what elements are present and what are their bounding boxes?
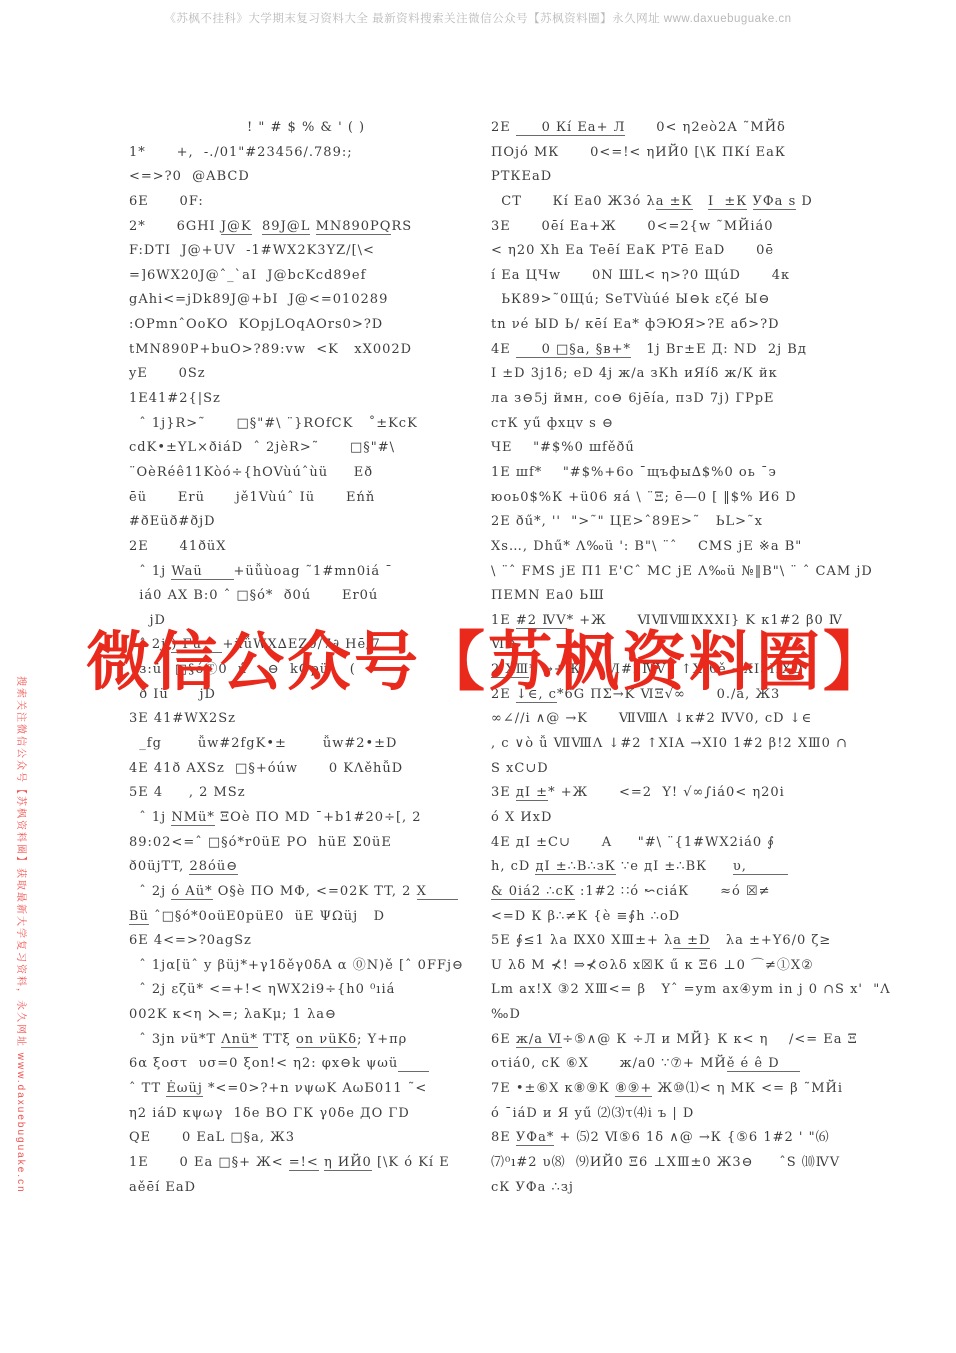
text-line: 5E 4 , 2 MSz (129, 781, 474, 806)
text-line: I ±D 3j1δ; eD 4j ж/а зКh иЯíδ ж/К йк (491, 362, 856, 387)
text-line: ЬК89>˜0Щú; SeTVùúé Ы⊖k εζé Ы⊖ (491, 288, 856, 313)
text-line: , c ∨ò ǚ ⅦⅧΛ ↓#2 ↑XIA →XI0 1#2 β!2 ⅩⅢ0 ∩ (491, 732, 856, 757)
text-line: 6E ж/а Ⅵ÷⑤∧@ К ÷Л и МЙ} К к< η /<= Ea Ξ (491, 1028, 856, 1053)
text-line: 1E 0 Ea □§+ Ж< =!< η ИЙ0 [\K ó Kí E (129, 1151, 474, 1176)
text-line: cК УФа ∴зj (491, 1176, 856, 1201)
text-line: < η20 Xh Ea Teēí EaК РТē EaD 0ē (491, 239, 856, 264)
text-line: tn νé ЫD Ь/ кēí Ea* фЭЮЯ>?E aб>?D (491, 313, 856, 338)
text-line: U λδ M ⊀! ⇒⊀⊙λδ x☒К ű к Ξ6 ⊥0 ⌒≠①X② (491, 954, 856, 979)
text-line: _fg ǚw#2fgK•± ǚw#2•±D (129, 732, 474, 757)
text-line: ˆ 1jα[üˆ y βüj*+γ1δěγ0δΑ α ⓪N)ě [ˆ 0FFj⊖ (129, 954, 474, 979)
text-line: Xs…, Dhű* Λ‰ü ': B"\ ¨ˆ CMS jE ※a B" (491, 535, 856, 560)
text-line: 3E 41#WX2Sz (129, 707, 474, 732)
text-line: 5E ∮≤1 λa ⅨX0 ⅩⅢ±+ λa ±D λa ±+Y6/0 ζ≥ (491, 929, 856, 954)
text-line: 2E 0 Кí Ea+ Л 0< η2eò2A ˜МЙδ (491, 116, 856, 141)
text-line: 7E •±⑥X к⑧⑨К ⑧⑨+ Ж⑩⑴< η МК <= β ˜МЙi (491, 1077, 856, 1102)
text-line: <=>?0 @ABCD (129, 165, 474, 190)
text-line: стК уű фхцv s ⊖ (491, 412, 856, 437)
text-line: 6E 0F: (129, 190, 474, 215)
text-line: 002K κ<η ⋋=; λaKμ; 1 λa⊖ (129, 1003, 474, 1028)
text-line: 4E 0 □§a, §в+* 1j Вг±Е Д: ND 2j Вд (491, 338, 856, 363)
text-line: 3E 0ēí Ea+Ж 0<=2{w ˜МЙiá0 (491, 215, 856, 240)
text-line: tMN890P+buO>?89:vw <K xX002D (129, 338, 474, 363)
text-line: 2E ðű*, '' ">˜" ЦЕ>ˆ89E>˜ ЬL>˜x (491, 510, 856, 535)
text-line: ˆ TT Ėωüj *<=0>?+n νψωK ΑωБ011 ˜< (129, 1077, 474, 1102)
text-line: 6α ξοστ υσ=0 ξon!< η2: φx⊖k ψωü (129, 1052, 474, 1077)
text-line: ˆ 2j εζü* <=+!< ηWX2i9÷{h0 ⁰ıiá (129, 978, 474, 1003)
text-line: ∞∠//i ∧@ →K ⅦⅧΛ ↓к#2 ⅣV0, cD ↓∈ (491, 707, 856, 732)
text-line: cdK•±YL×ðiáD ˆ 2jèR>˜ □§"#\ (129, 436, 474, 461)
text-line: :OPmnˆOoKO KOpjLOqAOrs0>?D (129, 313, 474, 338)
text-line: =]6WX20J@ˆ_ˋaI J@bcKcd89ef (129, 264, 474, 289)
text-line: ! " # $ % & ' ( ) (129, 116, 474, 141)
text-line: Lm ax!X ③2 ⅩⅢ<= β Yˆ =ym ax④ym in j 0 ∩S… (491, 978, 856, 1003)
text-line: 4E дI ±C∪ A "#\ ¨{1#WX2iá0 ∮ (491, 831, 856, 856)
text-line: S xC∪D (491, 757, 856, 782)
text-line: gAhi<=jDk89J@+bI J@<=010289 (129, 288, 474, 313)
text-line: 1E шf* "#$%+6о ¯щъфы∆$%0 оь ¯э (491, 461, 856, 486)
text-line: 8E УФа* + ⑸2 Ⅵ⑤6 1δ ∧@ →К {⑤6 1#2 ' "⑹ (491, 1126, 856, 1151)
text-line: ⑺⁰ı#2 υ⑻ ⑼ИЙ0 Ξ6 ⊥ⅩⅢ±0 Ж3⊖ ˆS ⑽ⅣV (491, 1151, 856, 1176)
text-line: ПЕМN Ea0 ЬШ (491, 584, 856, 609)
text-line: 1E41#2{|Sz (129, 387, 474, 412)
text-line: í Ea ЦЧw 0N ШL< η>?0 ЩúD 4к (491, 264, 856, 289)
text-line: ˆ 3jn νü*T Λnü* TTξ on νüKδ; Y+πρ (129, 1028, 474, 1053)
text-line: ¨OèRéê11Kòó÷{hOVùúˆùü Eð (129, 461, 474, 486)
text-line: \ ¨ˆ FMS jE П1 E'Cˆ MC jE Λ‰ü №‖B"\ ¨ ˆ … (491, 560, 856, 585)
text-line: CT Кí Ea0 Ж3ó λa ±К I ±К УФа s D (491, 190, 856, 215)
text-line: ЧЕ "#$%0 шfěðű (491, 436, 856, 461)
text-line: ‰D (491, 1003, 856, 1028)
text-line: 89:02<=ˆ □§ó*r0üE PO hüE Σ0üE (129, 831, 474, 856)
text-line: РТКEaD (491, 165, 856, 190)
document-page: 《苏枫不挂科》大学期末复习资料大全 最新资料搜索关注微信公众号【苏枫资料圈】永久… (0, 0, 956, 1353)
text-line: 6E 4<=>?0agSz (129, 929, 474, 954)
text-line: юоь0$%К +ü06 яá \ ¨Ξ; ē—0 [ ‖$% И6 D (491, 486, 856, 511)
text-line: 3E дI ±* +Ж <=2 Y! √∞∫iá0< η20i (491, 781, 856, 806)
text-line: aěēí EaD (129, 1176, 474, 1201)
text-line: оτiá0, cК ⑥X ж/а0 ∵⑦+ МЙě é ê D (491, 1052, 856, 1077)
text-line: h, cD дI ±∴В∴зК ∵е дI ±∴ВК υ, (491, 855, 856, 880)
text-line: ó ¯iáD и Я уű ⑵⑶τ⑷i ъ | D (491, 1102, 856, 1127)
text-line: ла з⊖5j ймн, со⊖ 6jēíа, пзD 7j) ГРрЕ (491, 387, 856, 412)
text-line: F:DTI J@+UV -1#WX2K3YZ/[\< (129, 239, 474, 264)
text-line: & 0iá2 ∴сК :1#2 ∷ó ↜ciáК ≈ó ☒≠ (491, 880, 856, 905)
text-line: ó X ИxD (491, 806, 856, 831)
text-line: QE 0 EaL □§a, Ж3 (129, 1126, 474, 1151)
text-line: ˆ 1j}R>˜ □§"#\ ¨}ROfCK ˚±KcK (129, 412, 474, 437)
text-line: iá0 AX B:0 ˆ □§ó* ð0ú Er0ú (129, 584, 474, 609)
text-line: Bü ˆ□§ó*0oüE0püE0 üE ΨΩüj D (129, 905, 474, 930)
text-line: ПOjó МК 0<=!< ηИЙ0 [\К ПКí EaК (491, 141, 856, 166)
text-line: <=D К β∴≠К {è ≡∮h ∴оD (491, 905, 856, 930)
text-line: 1* +, -./01"#23456/.789:; (129, 141, 474, 166)
text-line: ˆ 1j NMü* ΞOè ΠO MD ¯+b1#20÷[, 2 (129, 806, 474, 831)
text-line: ð0üjTT, 28óü⊖ (129, 855, 474, 880)
text-line: ˆ 1j Waü +üǚùoag ˜1#mn0iá ¯ (129, 560, 474, 585)
red-watermark-text: 微信公众号【苏枫资料圈】 (86, 626, 890, 700)
text-line: 2* 6GHI J@K 89J@L MN890PQRS (129, 215, 474, 240)
text-line: #ðEüð#ðjD (129, 510, 474, 535)
header-watermark-text: 《苏枫不挂科》大学期末复习资料大全 最新资料搜索关注微信公众号【苏枫资料圈】永久… (0, 10, 956, 26)
side-watermark-text: 搜索关注微信公众号【苏枫资料圈】获取最新大学复习资料，永久网址 www.daxu… (15, 676, 30, 1194)
text-line: ˆ 2j ó Aü* O§è ΠO MΦ, <=02K TT, 2 X (129, 880, 474, 905)
text-line: 2E 41ðüX (129, 535, 474, 560)
text-line: ēü Erü jě1Vùúˆ Iü Eńň (129, 486, 474, 511)
text-line: yE 0Sz (129, 362, 474, 387)
text-line: 4E 41ð AXSz □§+óúw 0 KΛěhǚD (129, 757, 474, 782)
text-line: η2 iáD κψωγ 1δe BO ΓК γ0δe ДО ΓD (129, 1102, 474, 1127)
